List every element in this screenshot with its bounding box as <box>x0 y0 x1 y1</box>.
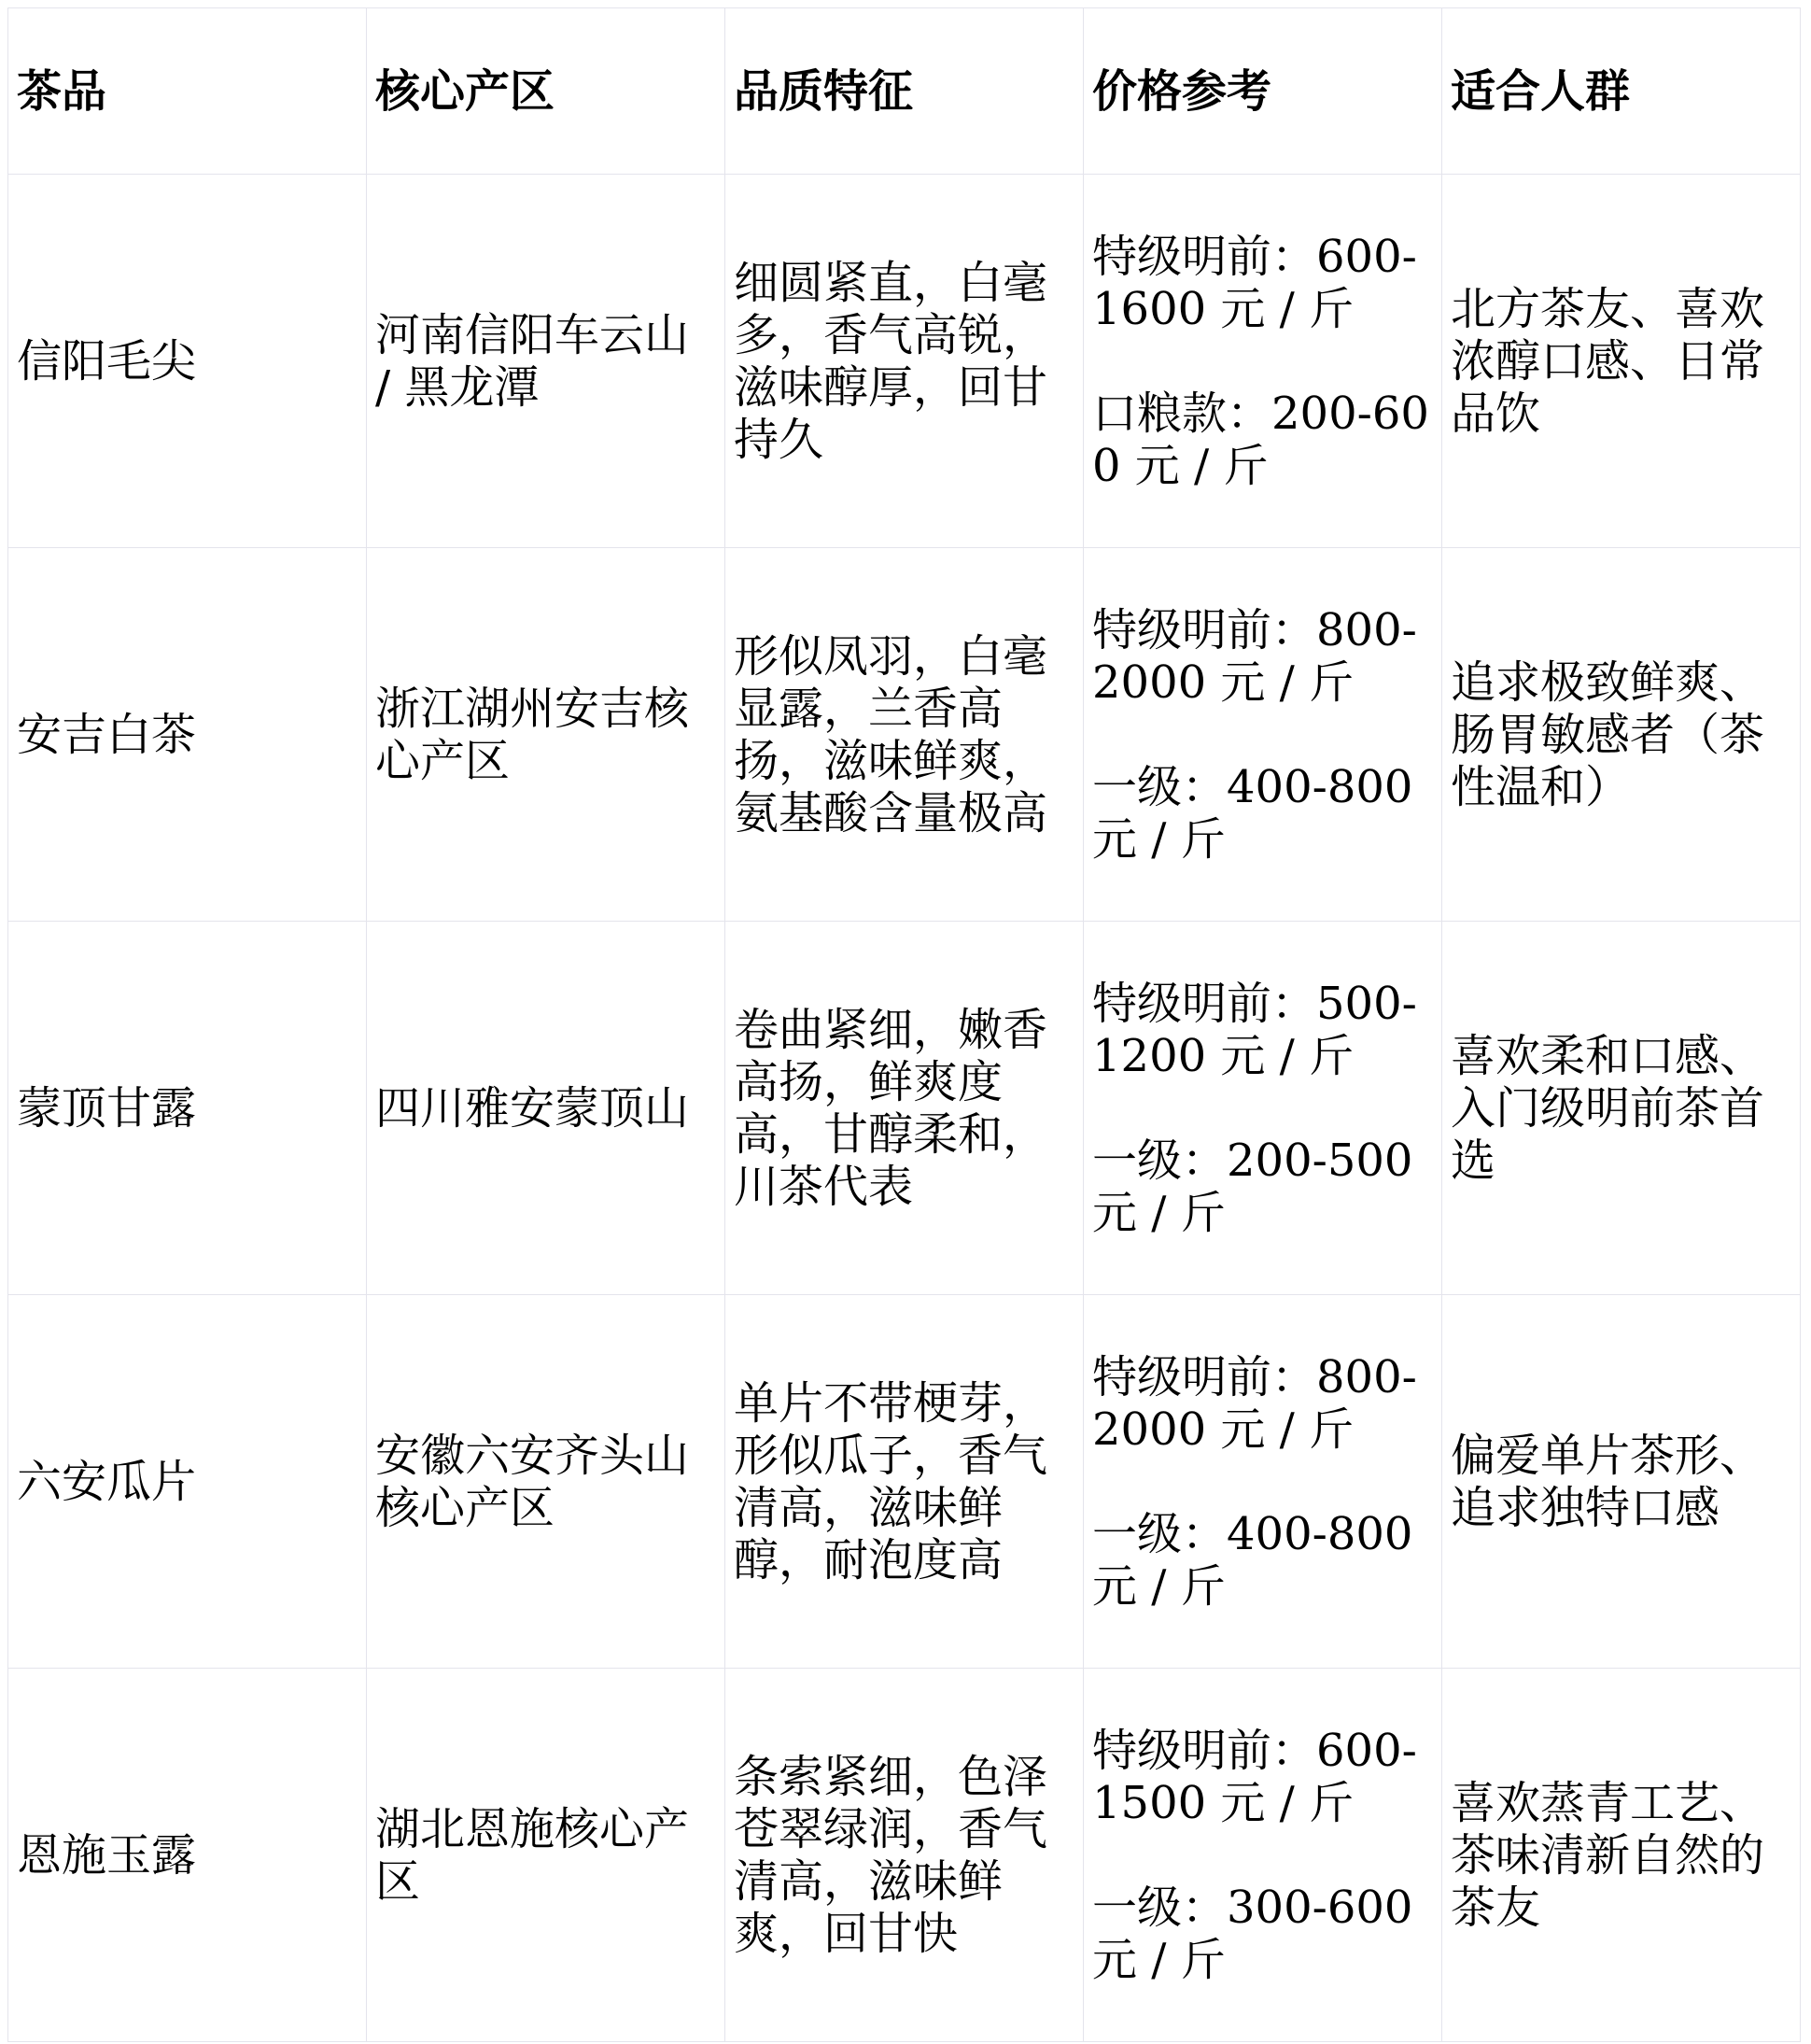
cell-audience: 喜欢蒸青工艺、茶味清新自然的茶友 <box>1442 1669 1801 2042</box>
price-standard: 口粮款：200-600 元 / 斤 <box>1092 388 1433 492</box>
cell-quality: 细圆紧直，白毫多，香气高锐，滋味醇厚，回甘持久 <box>725 175 1084 548</box>
cell-price: 特级明前：800-2000 元 / 斤 一级：400-800 元 / 斤 <box>1084 1295 1442 1669</box>
header-price: 价格参考 <box>1084 8 1442 175</box>
cell-region: 湖北恩施核心产区 <box>367 1669 725 2042</box>
cell-audience: 追求极致鲜爽、肠胃敏感者（茶性温和） <box>1442 548 1801 922</box>
cell-region: 安徽六安齐头山核心产区 <box>367 1295 725 1669</box>
price-standard: 一级：400-800 元 / 斤 <box>1092 1508 1433 1613</box>
table-row: 蒙顶甘露 四川雅安蒙顶山 卷曲紧细，嫩香高扬，鲜爽度高，甘醇柔和，川茶代表 特级… <box>8 922 1801 1295</box>
price-standard: 一级：200-500 元 / 斤 <box>1092 1135 1433 1239</box>
cell-audience: 偏爱单片茶形、追求独特口感 <box>1442 1295 1801 1669</box>
price-premium: 特级明前：800-2000 元 / 斤 <box>1092 1351 1433 1456</box>
table-row: 六安瓜片 安徽六安齐头山核心产区 单片不带梗芽，形似瓜子，香气清高，滋味鲜醇，耐… <box>8 1295 1801 1669</box>
cell-price: 特级明前：500-1200 元 / 斤 一级：200-500 元 / 斤 <box>1084 922 1442 1295</box>
price-standard: 一级：300-600 元 / 斤 <box>1092 1882 1433 1986</box>
cell-price: 特级明前：800-2000 元 / 斤 一级：400-800 元 / 斤 <box>1084 548 1442 922</box>
price-premium: 特级明前：600-1500 元 / 斤 <box>1092 1725 1433 1829</box>
cell-region: 浙江湖州安吉核心产区 <box>367 548 725 922</box>
header-row: 茶品 核心产区 品质特征 价格参考 适合人群 <box>8 8 1801 175</box>
table-row: 安吉白茶 浙江湖州安吉核心产区 形似凤羽，白毫显露，兰香高扬，滋味鲜爽，氨基酸含… <box>8 548 1801 922</box>
cell-audience: 喜欢柔和口感、入门级明前茶首选 <box>1442 922 1801 1295</box>
cell-price: 特级明前：600-1600 元 / 斤 口粮款：200-600 元 / 斤 <box>1084 175 1442 548</box>
cell-tea: 六安瓜片 <box>8 1295 367 1669</box>
cell-quality: 单片不带梗芽，形似瓜子，香气清高，滋味鲜醇，耐泡度高 <box>725 1295 1084 1669</box>
cell-audience: 北方茶友、喜欢浓醇口感、日常品饮 <box>1442 175 1801 548</box>
cell-tea: 蒙顶甘露 <box>8 922 367 1295</box>
tea-comparison-table: 茶品 核心产区 品质特征 价格参考 适合人群 信阳毛尖 河南信阳车云山 / 黑龙… <box>7 7 1801 2042</box>
header-audience: 适合人群 <box>1442 8 1801 175</box>
cell-region: 河南信阳车云山 / 黑龙潭 <box>367 175 725 548</box>
cell-region: 四川雅安蒙顶山 <box>367 922 725 1295</box>
price-premium: 特级明前：800-2000 元 / 斤 <box>1092 604 1433 709</box>
price-premium: 特级明前：500-1200 元 / 斤 <box>1092 978 1433 1082</box>
cell-quality: 形似凤羽，白毫显露，兰香高扬，滋味鲜爽，氨基酸含量极高 <box>725 548 1084 922</box>
header-region: 核心产区 <box>367 8 725 175</box>
cell-tea: 安吉白茶 <box>8 548 367 922</box>
cell-tea: 恩施玉露 <box>8 1669 367 2042</box>
cell-quality: 条索紧细，色泽苍翠绿润，香气清高，滋味鲜爽，回甘快 <box>725 1669 1084 2042</box>
cell-quality: 卷曲紧细，嫩香高扬，鲜爽度高，甘醇柔和，川茶代表 <box>725 922 1084 1295</box>
table-row: 信阳毛尖 河南信阳车云山 / 黑龙潭 细圆紧直，白毫多，香气高锐，滋味醇厚，回甘… <box>8 175 1801 548</box>
price-standard: 一级：400-800 元 / 斤 <box>1092 761 1433 866</box>
table-row: 恩施玉露 湖北恩施核心产区 条索紧细，色泽苍翠绿润，香气清高，滋味鲜爽，回甘快 … <box>8 1669 1801 2042</box>
header-quality: 品质特征 <box>725 8 1084 175</box>
cell-tea: 信阳毛尖 <box>8 175 367 548</box>
cell-price: 特级明前：600-1500 元 / 斤 一级：300-600 元 / 斤 <box>1084 1669 1442 2042</box>
header-tea: 茶品 <box>8 8 367 175</box>
price-premium: 特级明前：600-1600 元 / 斤 <box>1092 231 1433 335</box>
